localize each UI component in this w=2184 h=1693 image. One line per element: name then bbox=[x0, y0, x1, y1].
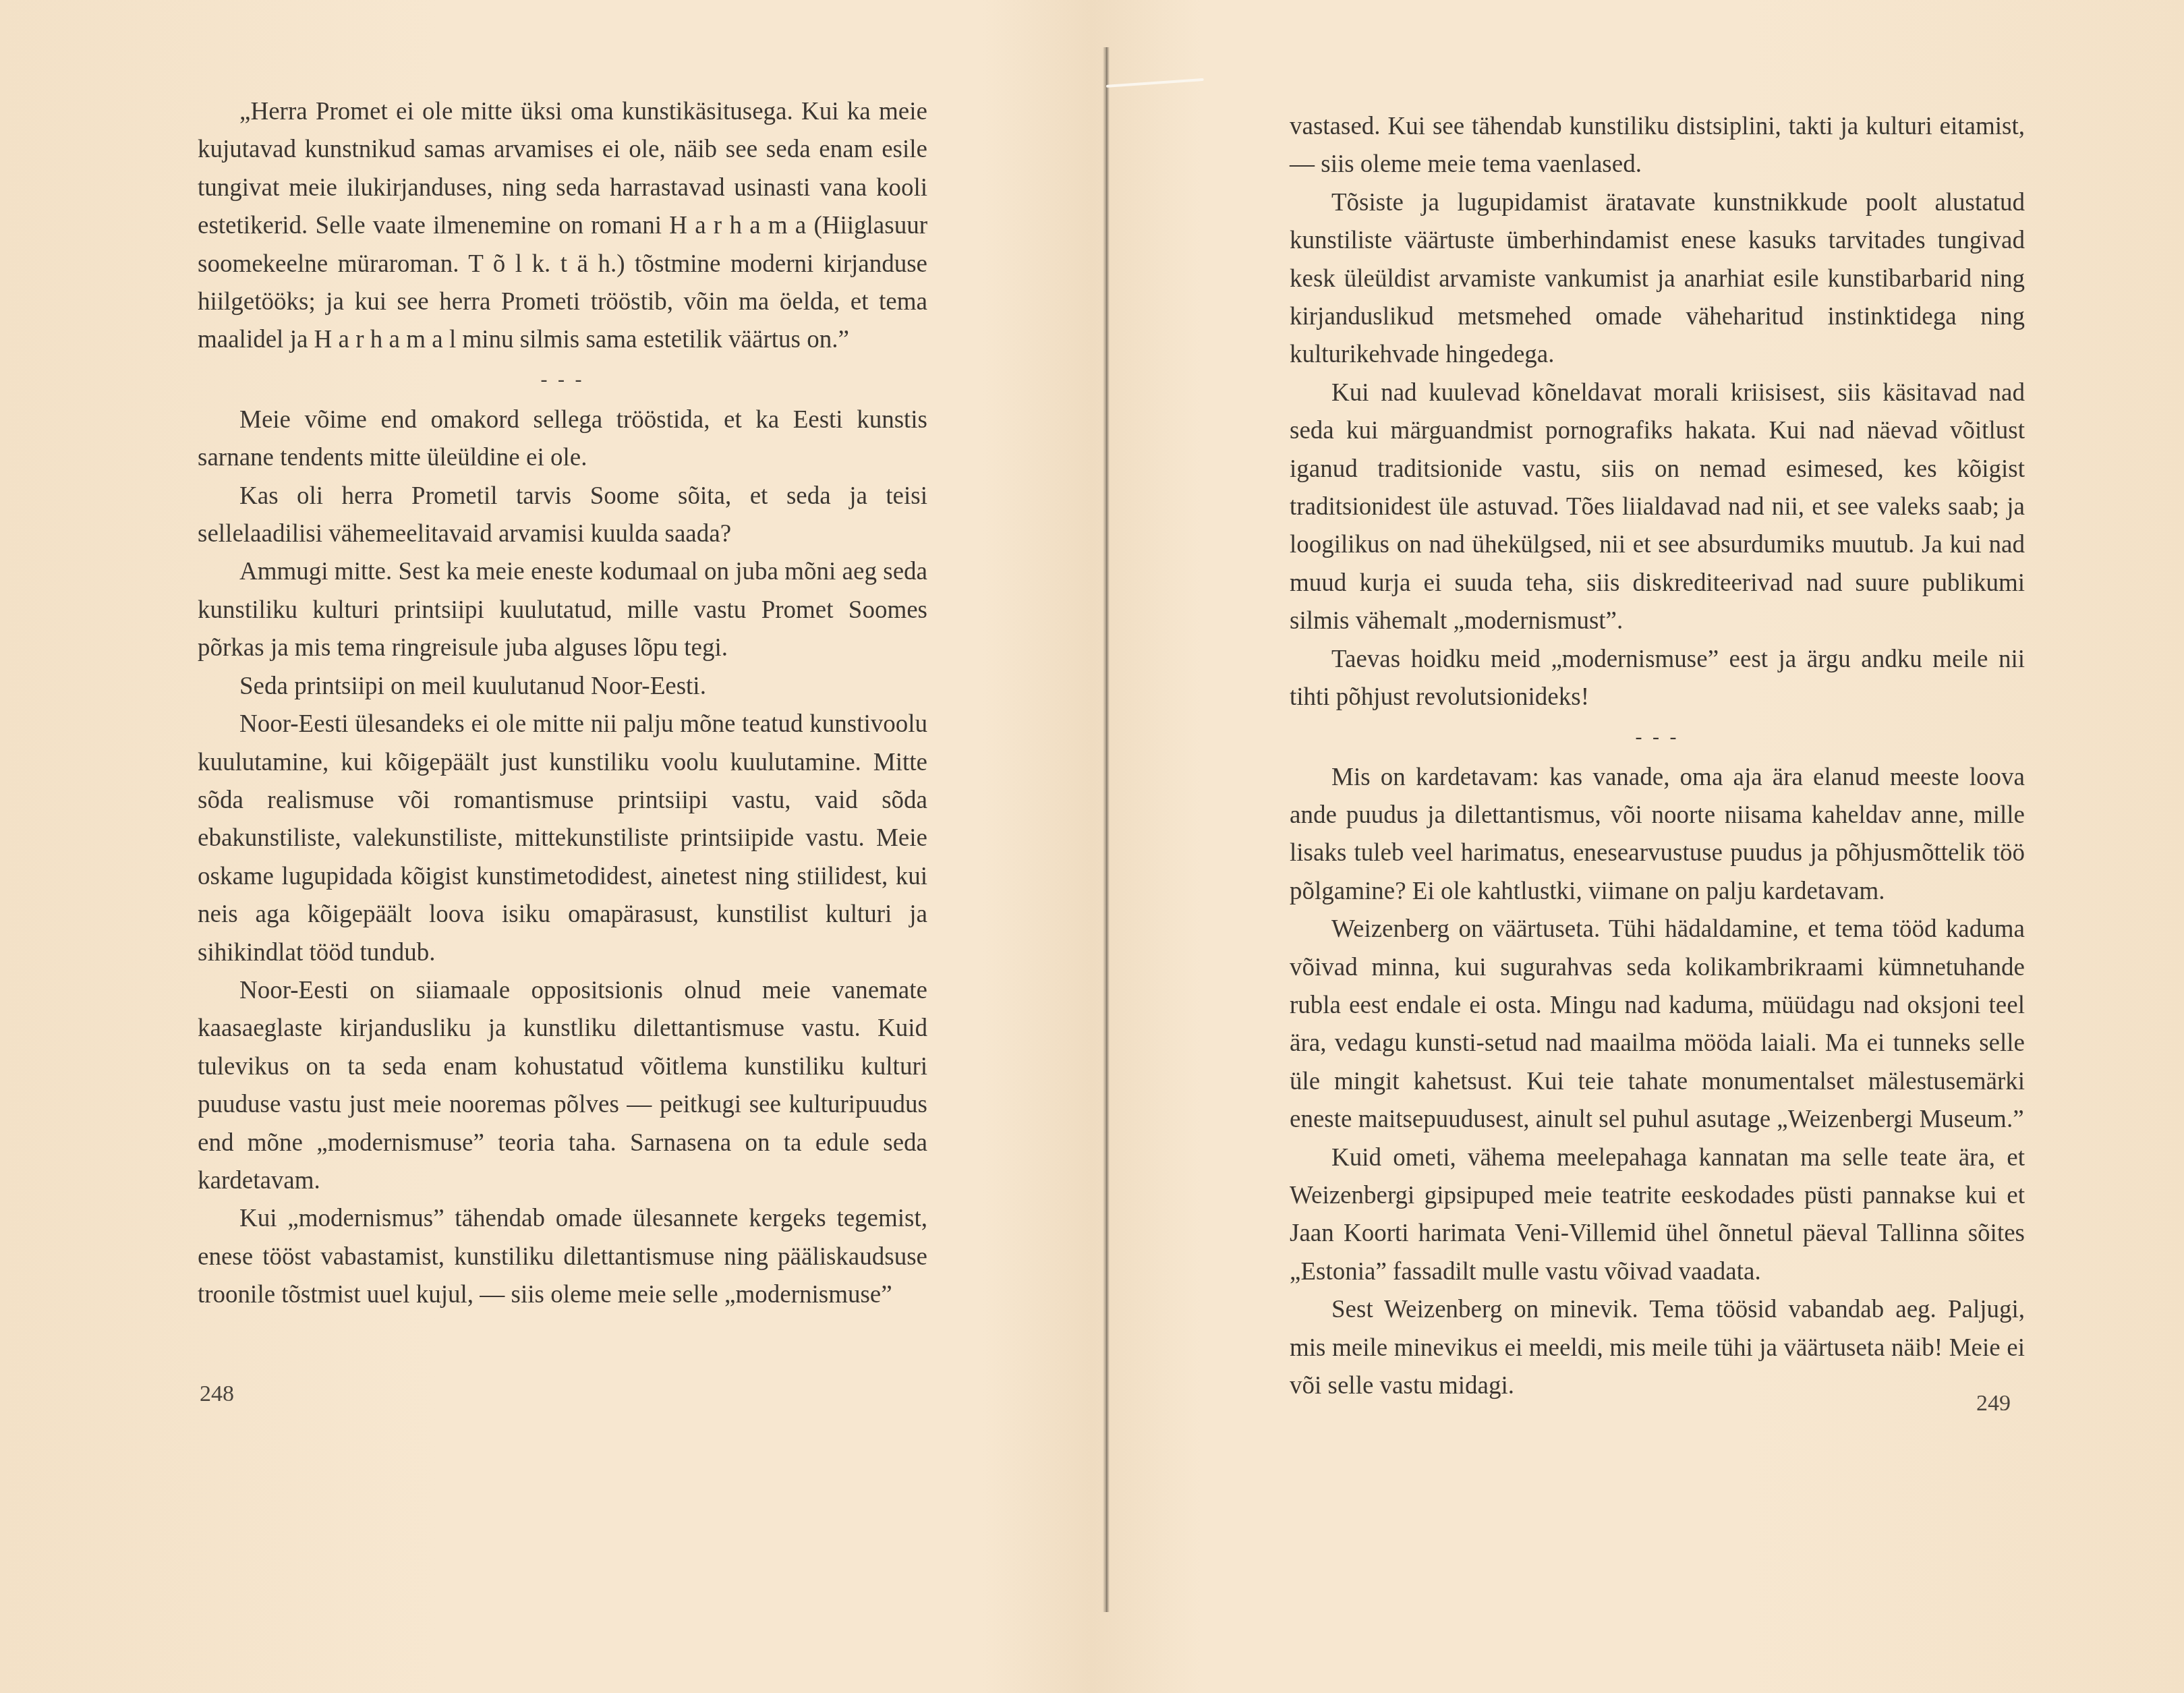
page-number: 248 bbox=[200, 1381, 234, 1407]
paragraph: Tõsiste ja lugupidamist äratavate kunstn… bbox=[1290, 184, 2025, 374]
right-page: vastased. Kui see tähendab kunstiliku di… bbox=[1092, 0, 2184, 1693]
paragraph: Taevas hoidku meid „modernismuse” eest j… bbox=[1290, 641, 2025, 717]
page-number: 249 bbox=[1976, 1391, 2011, 1416]
paragraph: „Herra Promet ei ole mitte üksi oma kuns… bbox=[198, 93, 927, 360]
paragraph: Kuid ometi, vähema meelepahaga kannatan … bbox=[1290, 1139, 2025, 1292]
book-spread: „Herra Promet ei ole mitte üksi oma kuns… bbox=[0, 0, 2184, 1693]
section-separator: - - - bbox=[1290, 720, 2025, 755]
paragraph: Kas oli herra Prometil tarvis Soome sõit… bbox=[198, 478, 927, 554]
paragraph: Sest Weizenberg on minevik. Tema töösid … bbox=[1290, 1291, 2025, 1405]
paragraph: Weizenberg on väärtuseta. Tühi hädaldami… bbox=[1290, 911, 2025, 1139]
paragraph: vastased. Kui see tähendab kunstiliku di… bbox=[1290, 108, 2025, 184]
paragraph: Seda printsiipi on meil kuulutanud Noor-… bbox=[198, 668, 927, 706]
right-page-text: vastased. Kui see tähendab kunstiliku di… bbox=[1290, 108, 2025, 1405]
paragraph: Kui „modernismus” tähendab omade ülesann… bbox=[198, 1200, 927, 1314]
paragraph: Mis on kardetavam: kas vanade, oma aja ä… bbox=[1290, 759, 2025, 911]
paragraph: Meie võime end omakord sellega trööstida… bbox=[198, 401, 927, 478]
paragraph: Ammugi mitte. Sest ka meie eneste koduma… bbox=[198, 553, 927, 667]
left-page: „Herra Promet ei ole mitte üksi oma kuns… bbox=[0, 0, 1092, 1693]
paragraph: Noor-Eesti on siiamaale oppositsionis ol… bbox=[198, 972, 927, 1200]
left-page-text: „Herra Promet ei ole mitte üksi oma kuns… bbox=[198, 93, 927, 1315]
paragraph: Noor-Eesti ülesandeks ei ole mitte nii p… bbox=[198, 706, 927, 972]
section-separator: - - - bbox=[198, 362, 927, 397]
paragraph: Kui nad kuulevad kõneldavat morali kriis… bbox=[1290, 374, 2025, 641]
